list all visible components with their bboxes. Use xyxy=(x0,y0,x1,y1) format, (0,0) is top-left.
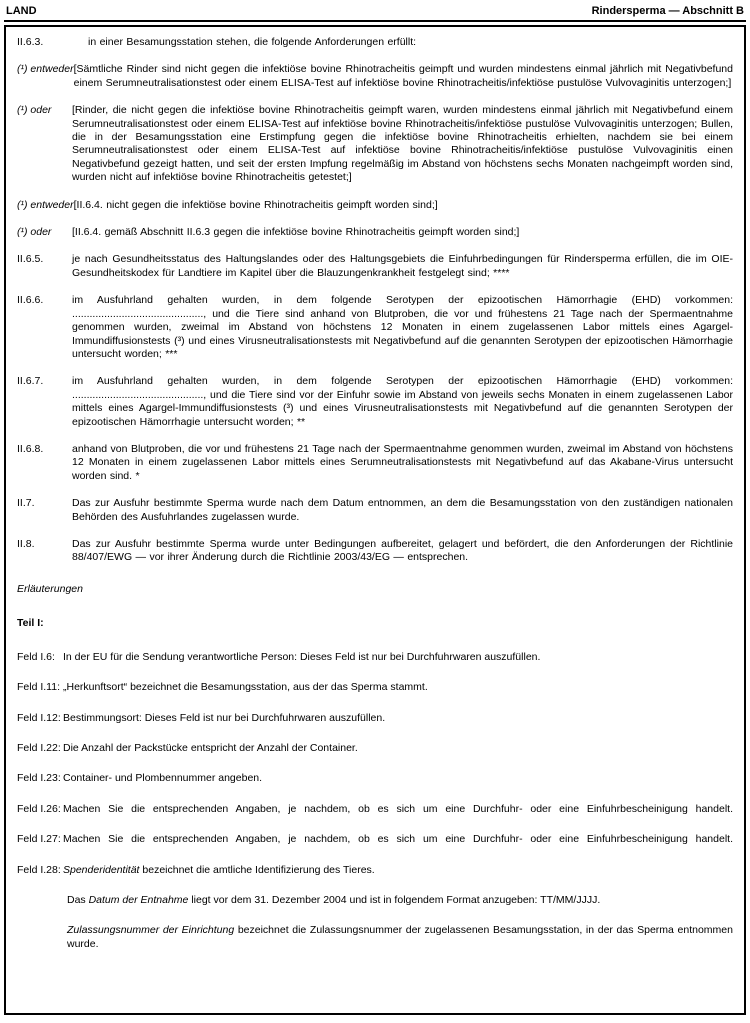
field-note-i-11: Feld I.11: „Herkunftsort“ bezeichnet die… xyxy=(17,681,736,694)
item-label: II.6.8. xyxy=(17,443,72,483)
field-note-i-28: Feld I.28: Spenderidentität bezeichnet d… xyxy=(17,864,736,877)
field-label: Feld I.22: xyxy=(17,742,63,755)
notes-part-heading: Teil I: xyxy=(17,617,736,629)
field-label: Feld I.23: xyxy=(17,772,63,785)
field-text: In der EU für die Sendung verantwortlich… xyxy=(63,651,736,664)
field-text: Machen Sie die entsprechenden Angaben, j… xyxy=(63,833,736,846)
document-page: LAND Rindersperma — Abschnitt B II.6.3. … xyxy=(0,0,750,1023)
field-text: Bestimmungsort: Dieses Feld ist nur bei … xyxy=(63,712,736,725)
header-left-title: LAND xyxy=(6,5,37,17)
item-ii-6-6: II.6.6. im Ausfuhrland gehalten wurden, … xyxy=(17,294,736,361)
field-note-i-6: Feld I.6: In der EU für die Sendung vera… xyxy=(17,651,736,664)
item-ii-6-7: II.6.7. im Ausfuhrland gehalten wurden, … xyxy=(17,375,736,429)
field-note-i-12: Feld I.12: Bestimmungsort: Dieses Feld i… xyxy=(17,712,736,725)
field-text: Spenderidentität bezeichnet die amtliche… xyxy=(63,864,736,877)
item-text: je nach Gesundheitsstatus des Haltungsla… xyxy=(72,253,736,280)
item-ii-6-3: II.6.3. in einer Besamungsstation stehen… xyxy=(17,36,736,49)
item-label: II.7. xyxy=(17,497,72,524)
item-text: im Ausfuhrland gehalten wurden, in dem f… xyxy=(72,294,736,361)
item-text: in einer Besamungsstation stehen, die fo… xyxy=(72,36,736,49)
item-label: II.6.5. xyxy=(17,253,72,280)
item-label: II.6.3. xyxy=(17,36,72,49)
page-header: LAND Rindersperma — Abschnitt B xyxy=(4,0,746,22)
item-text: [Sämtliche Rinder sind nicht gegen die i… xyxy=(74,63,736,90)
item-text: anhand von Blutproben, die vor und frühe… xyxy=(72,443,736,483)
field-note-i-26: Feld I.26: Machen Sie die entsprechenden… xyxy=(17,803,736,816)
item-label: (¹) oder xyxy=(17,226,72,239)
field-text: „Herkunftsort“ bezeichnet die Besamungss… xyxy=(63,681,736,694)
field-text: Container- und Plombennummer angeben. xyxy=(63,772,736,785)
item-text: im Ausfuhrland gehalten wurden, in dem f… xyxy=(72,375,736,429)
item-text: [II.6.4. nicht gegen die infektiöse bovi… xyxy=(74,199,736,212)
item-label: II.6.7. xyxy=(17,375,72,429)
field-label: Feld I.27: xyxy=(17,833,63,846)
certificate-box: II.6.3. in einer Besamungsstation stehen… xyxy=(4,25,746,1015)
notes-title: Erläuterungen xyxy=(17,583,736,595)
item-text: Das zur Ausfuhr bestimmte Sperma wurde n… xyxy=(72,497,736,524)
field-label: Feld I.6: xyxy=(17,651,63,664)
item-entweder-2: (¹) entweder [II.6.4. nicht gegen die in… xyxy=(17,199,736,212)
note-zulassungsnummer: Zulassungsnummer der Einrichtung bezeich… xyxy=(67,924,733,951)
note-post: liegt vor dem 31. Dezember 2004 und ist … xyxy=(188,894,600,906)
note-pre: Das xyxy=(67,894,89,906)
item-entweder-1: (¹) entweder [Sämtliche Rinder sind nich… xyxy=(17,63,736,90)
item-label: II.6.6. xyxy=(17,294,72,361)
field-note-i-23: Feld I.23: Container- und Plombennummer … xyxy=(17,772,736,785)
item-ii-7: II.7. Das zur Ausfuhr bestimmte Sperma w… xyxy=(17,497,736,524)
item-label: (¹) oder xyxy=(17,104,72,184)
item-oder-2: (¹) oder [II.6.4. gemäß Abschnitt II.6.3… xyxy=(17,226,736,239)
item-text: [II.6.4. gemäß Abschnitt II.6.3 gegen di… xyxy=(72,226,736,239)
item-oder-1: (¹) oder [Rinder, die nicht gegen die in… xyxy=(17,104,736,184)
field-label: Feld I.26: xyxy=(17,803,63,816)
note-italic: Zulassungsnummer der Einrichtung xyxy=(67,924,234,936)
item-ii-6-5: II.6.5. je nach Gesundheitsstatus des Ha… xyxy=(17,253,736,280)
field-note-i-27: Feld I.27: Machen Sie die entsprechenden… xyxy=(17,833,736,846)
item-text: Das zur Ausfuhr bestimmte Sperma wurde u… xyxy=(72,538,736,565)
note-italic: Datum der Entnahme xyxy=(89,894,189,906)
item-text: [Rinder, die nicht gegen die infektiöse … xyxy=(72,104,736,184)
item-label: (¹) entweder xyxy=(17,63,74,90)
field-label: Feld I.11: xyxy=(17,681,63,694)
item-ii-6-8: II.6.8. anhand von Blutproben, die vor u… xyxy=(17,443,736,483)
field-label: Feld I.28: xyxy=(17,864,63,877)
field-note-i-22: Feld I.22: Die Anzahl der Packstücke ent… xyxy=(17,742,736,755)
note-datum-der-entnahme: Das Datum der Entnahme liegt vor dem 31.… xyxy=(67,894,733,907)
item-ii-8: II.8. Das zur Ausfuhr bestimmte Sperma w… xyxy=(17,538,736,565)
field-text-italic: Spenderidentität xyxy=(63,864,139,876)
field-text: Machen Sie die entsprechenden Angaben, j… xyxy=(63,803,736,816)
item-label: II.8. xyxy=(17,538,72,565)
header-right-title: Rindersperma — Abschnitt B xyxy=(592,5,744,17)
item-label: (¹) entweder xyxy=(17,199,74,212)
field-text: Die Anzahl der Packstücke entspricht der… xyxy=(63,742,736,755)
field-label: Feld I.12: xyxy=(17,712,63,725)
field-text-rest: bezeichnet die amtliche Identifizierung … xyxy=(139,864,374,876)
